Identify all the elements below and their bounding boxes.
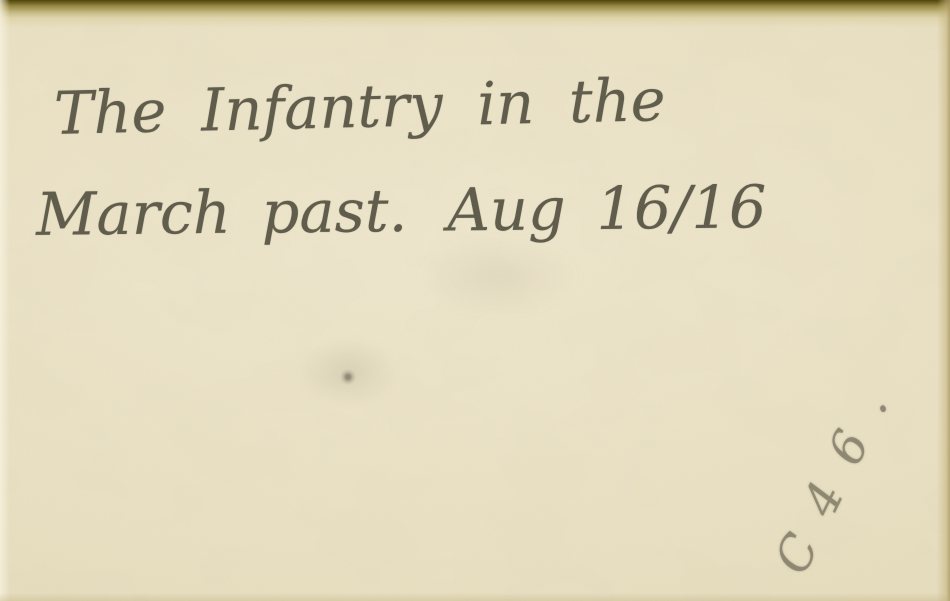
smudge-mark [298,338,398,406]
photo-back-scan: The Infantry in the March past.Aug 16/16… [0,0,950,601]
right-edge-shadow [937,0,950,601]
smudge-mark [418,238,578,314]
bottom-edge-shadow [0,593,950,601]
top-edge-shadow [0,0,950,28]
left-edge-highlight [0,0,10,601]
smudge-mark [340,369,356,385]
handwritten-caption-line1: The Infantry in the [53,65,666,148]
caption-date: Aug 16/16 [447,172,767,244]
corner-number-annotation: C46. [764,359,911,582]
caption-phrase: March past. [36,176,408,249]
handwritten-caption-line2: March past.Aug 16/16 [36,172,767,249]
